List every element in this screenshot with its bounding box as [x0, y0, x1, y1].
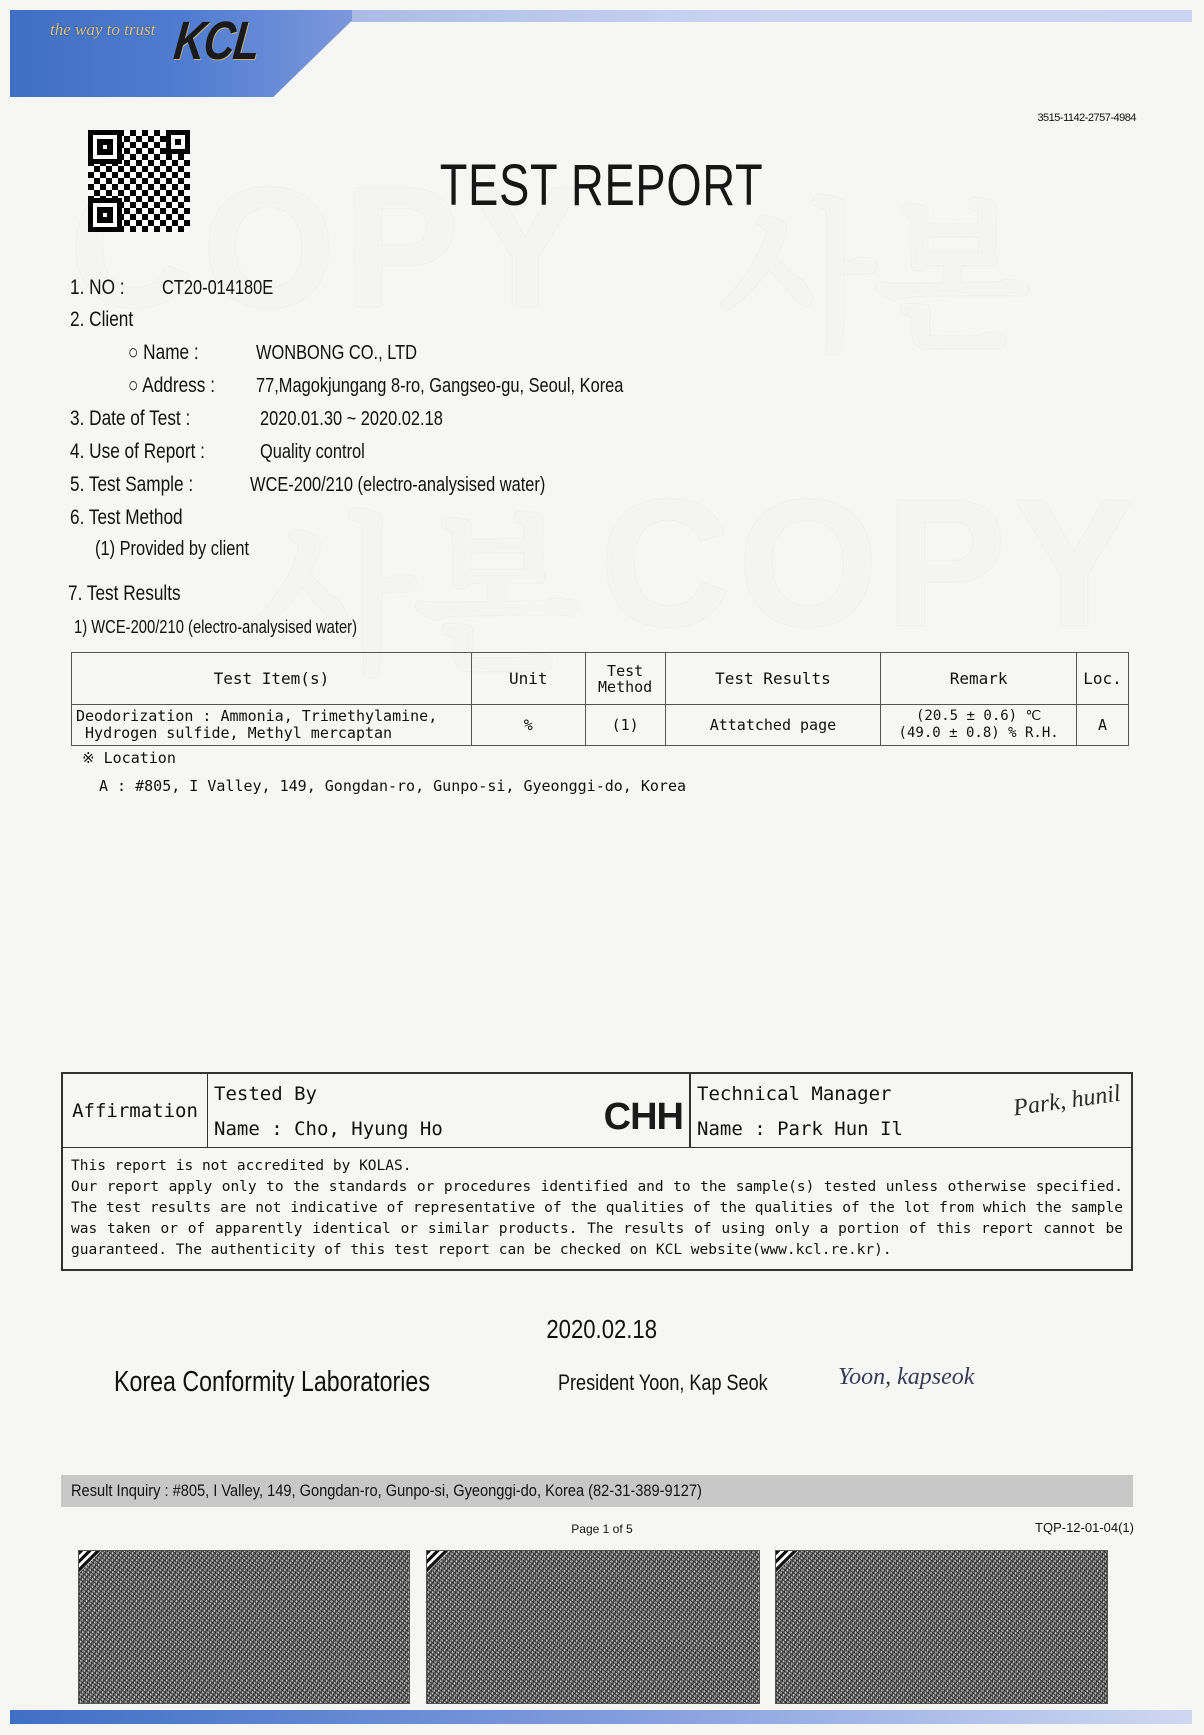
- no-value: CT20-014180E: [162, 277, 273, 300]
- results-table: Test Item(s) Unit TestMethod Test Result…: [71, 652, 1129, 746]
- address-value: 77,Magokjungang 8-ro, Gangseo-gu, Seoul,…: [256, 375, 623, 398]
- page-title: TEST REPORT: [132, 152, 1071, 219]
- cell-item: Deodorization : Ammonia, Trimethylamine,…: [72, 705, 472, 746]
- cell-method: (1): [585, 705, 665, 746]
- brand-tagline: the way to trust: [50, 20, 155, 40]
- col-header-loc: Loc.: [1076, 653, 1128, 705]
- test-method-value: (1) Provided by client: [95, 538, 283, 561]
- manager-label: Technical Manager: [697, 1083, 891, 1105]
- sample-label: 5. Test Sample :: [70, 473, 218, 497]
- method-value: (1) Provided by client: [95, 538, 249, 561]
- client-address: ○ Address :77,Magokjungang 8-ro, Gangseo…: [128, 374, 704, 398]
- date-value: 2020.01.30 ~ 2020.02.18: [260, 408, 443, 431]
- cell-result: Attatched page: [665, 705, 881, 746]
- security-code-icon: [78, 1550, 410, 1704]
- affirmation-row: Affirmation Tested By Name : Cho, Hyung …: [63, 1074, 1131, 1148]
- client-heading: 2. Client: [70, 308, 147, 332]
- document-id: 3515-1142-2757-4984: [1037, 112, 1136, 124]
- table-header-row: Test Item(s) Unit TestMethod Test Result…: [72, 653, 1129, 705]
- page-number: Page 1 of 5: [0, 1522, 1204, 1536]
- method-label: 6. Test Method: [70, 506, 183, 530]
- tested-by-name: Name : Cho, Hyung Ho: [214, 1118, 443, 1140]
- issue-date: 2020.02.18: [90, 1314, 1113, 1345]
- tested-by-cell: Tested By Name : Cho, Hyung Ho CHH: [208, 1074, 691, 1148]
- affirmation-label: Affirmation: [63, 1074, 208, 1148]
- form-code: TQP-12-01-04(1): [1035, 1520, 1134, 1535]
- location-a: A : #805, I Valley, 149, Gongdan-ro, Gun…: [99, 777, 686, 795]
- test-date: 3. Date of Test :2020.01.30 ~ 2020.02.18: [70, 407, 483, 431]
- test-results-sub: 1) WCE-200/210 (electro-analysised water…: [74, 617, 419, 638]
- tested-by-label: Tested By: [214, 1083, 317, 1105]
- manager-signature: Park, hunil: [1012, 1081, 1123, 1123]
- col-header-remark: Remark: [881, 653, 1077, 705]
- footer-stripe: [10, 1710, 1192, 1724]
- inquiry-text: Result Inquiry : #805, I Valley, 149, Go…: [71, 1475, 702, 1507]
- report-number: 1. NO :CT20-014180E: [70, 276, 298, 300]
- security-code-icon: [426, 1550, 760, 1704]
- use-label: 4. Use of Report :: [70, 440, 226, 464]
- accreditation-note: This report is not accredited by KOLAS.: [71, 1156, 1123, 1177]
- technical-manager-cell: Technical Manager Name : Park Hun Il Par…: [691, 1074, 1131, 1148]
- col-header-unit: Unit: [471, 653, 585, 705]
- no-label: 1. NO :: [70, 276, 152, 300]
- results-label: 7. Test Results: [68, 582, 181, 606]
- result-inquiry-bar: Result Inquiry : #805, I Valley, 149, Go…: [61, 1475, 1133, 1507]
- cell-unit: %: [471, 705, 585, 746]
- president-signature: Yoon, kapseok: [838, 1364, 974, 1391]
- disclaimer: This report is not accredited by KOLAS. …: [71, 1156, 1123, 1261]
- location-note: ※ Location: [82, 749, 176, 767]
- president: President Yoon, Kap Seok: [558, 1370, 768, 1396]
- tester-stamp: CHH: [604, 1096, 683, 1139]
- watermark: COPY: [600, 460, 1142, 667]
- test-method-heading: 6. Test Method: [70, 506, 207, 530]
- use-value: Quality control: [260, 441, 365, 464]
- name-value: WONBONG CO., LTD: [256, 342, 417, 365]
- name-label: ○ Name :: [128, 341, 233, 365]
- date-label: 3. Date of Test :: [70, 407, 226, 431]
- col-header-item: Test Item(s): [72, 653, 472, 705]
- report-page: COPY 사본 사본 COPY the way to trust KCL 351…: [0, 0, 1204, 1735]
- test-sample: 5. Test Sample :WCE-200/210 (electro-ana…: [70, 473, 610, 497]
- cell-loc: A: [1076, 705, 1128, 746]
- col-header-method: TestMethod: [585, 653, 665, 705]
- kcl-logo: KCL: [171, 10, 262, 72]
- client-label: 2. Client: [70, 308, 133, 332]
- results-sub: 1) WCE-200/210 (electro-analysised water…: [74, 617, 357, 638]
- manager-name: Name : Park Hun Il: [697, 1118, 903, 1140]
- test-results-heading: 7. Test Results: [68, 582, 205, 606]
- table-row: Deodorization : Ammonia, Trimethylamine,…: [72, 705, 1129, 746]
- disclaimer-text: Our report apply only to the standards o…: [71, 1177, 1123, 1261]
- cell-remark: (20.5 ± 0.6) ℃(49.0 ± 0.8) % R.H.: [881, 705, 1077, 746]
- report-use: 4. Use of Report :Quality control: [70, 440, 388, 464]
- client-name: ○ Name :WONBONG CO., LTD: [128, 341, 452, 365]
- affirmation-box: Affirmation Tested By Name : Cho, Hyung …: [61, 1072, 1133, 1271]
- security-code-icon: [775, 1550, 1108, 1704]
- sample-value: WCE-200/210 (electro-analysised water): [250, 474, 545, 497]
- address-label: ○ Address :: [128, 374, 233, 398]
- col-header-results: Test Results: [665, 653, 881, 705]
- lab-name: Korea Conformity Laboratories: [114, 1366, 430, 1399]
